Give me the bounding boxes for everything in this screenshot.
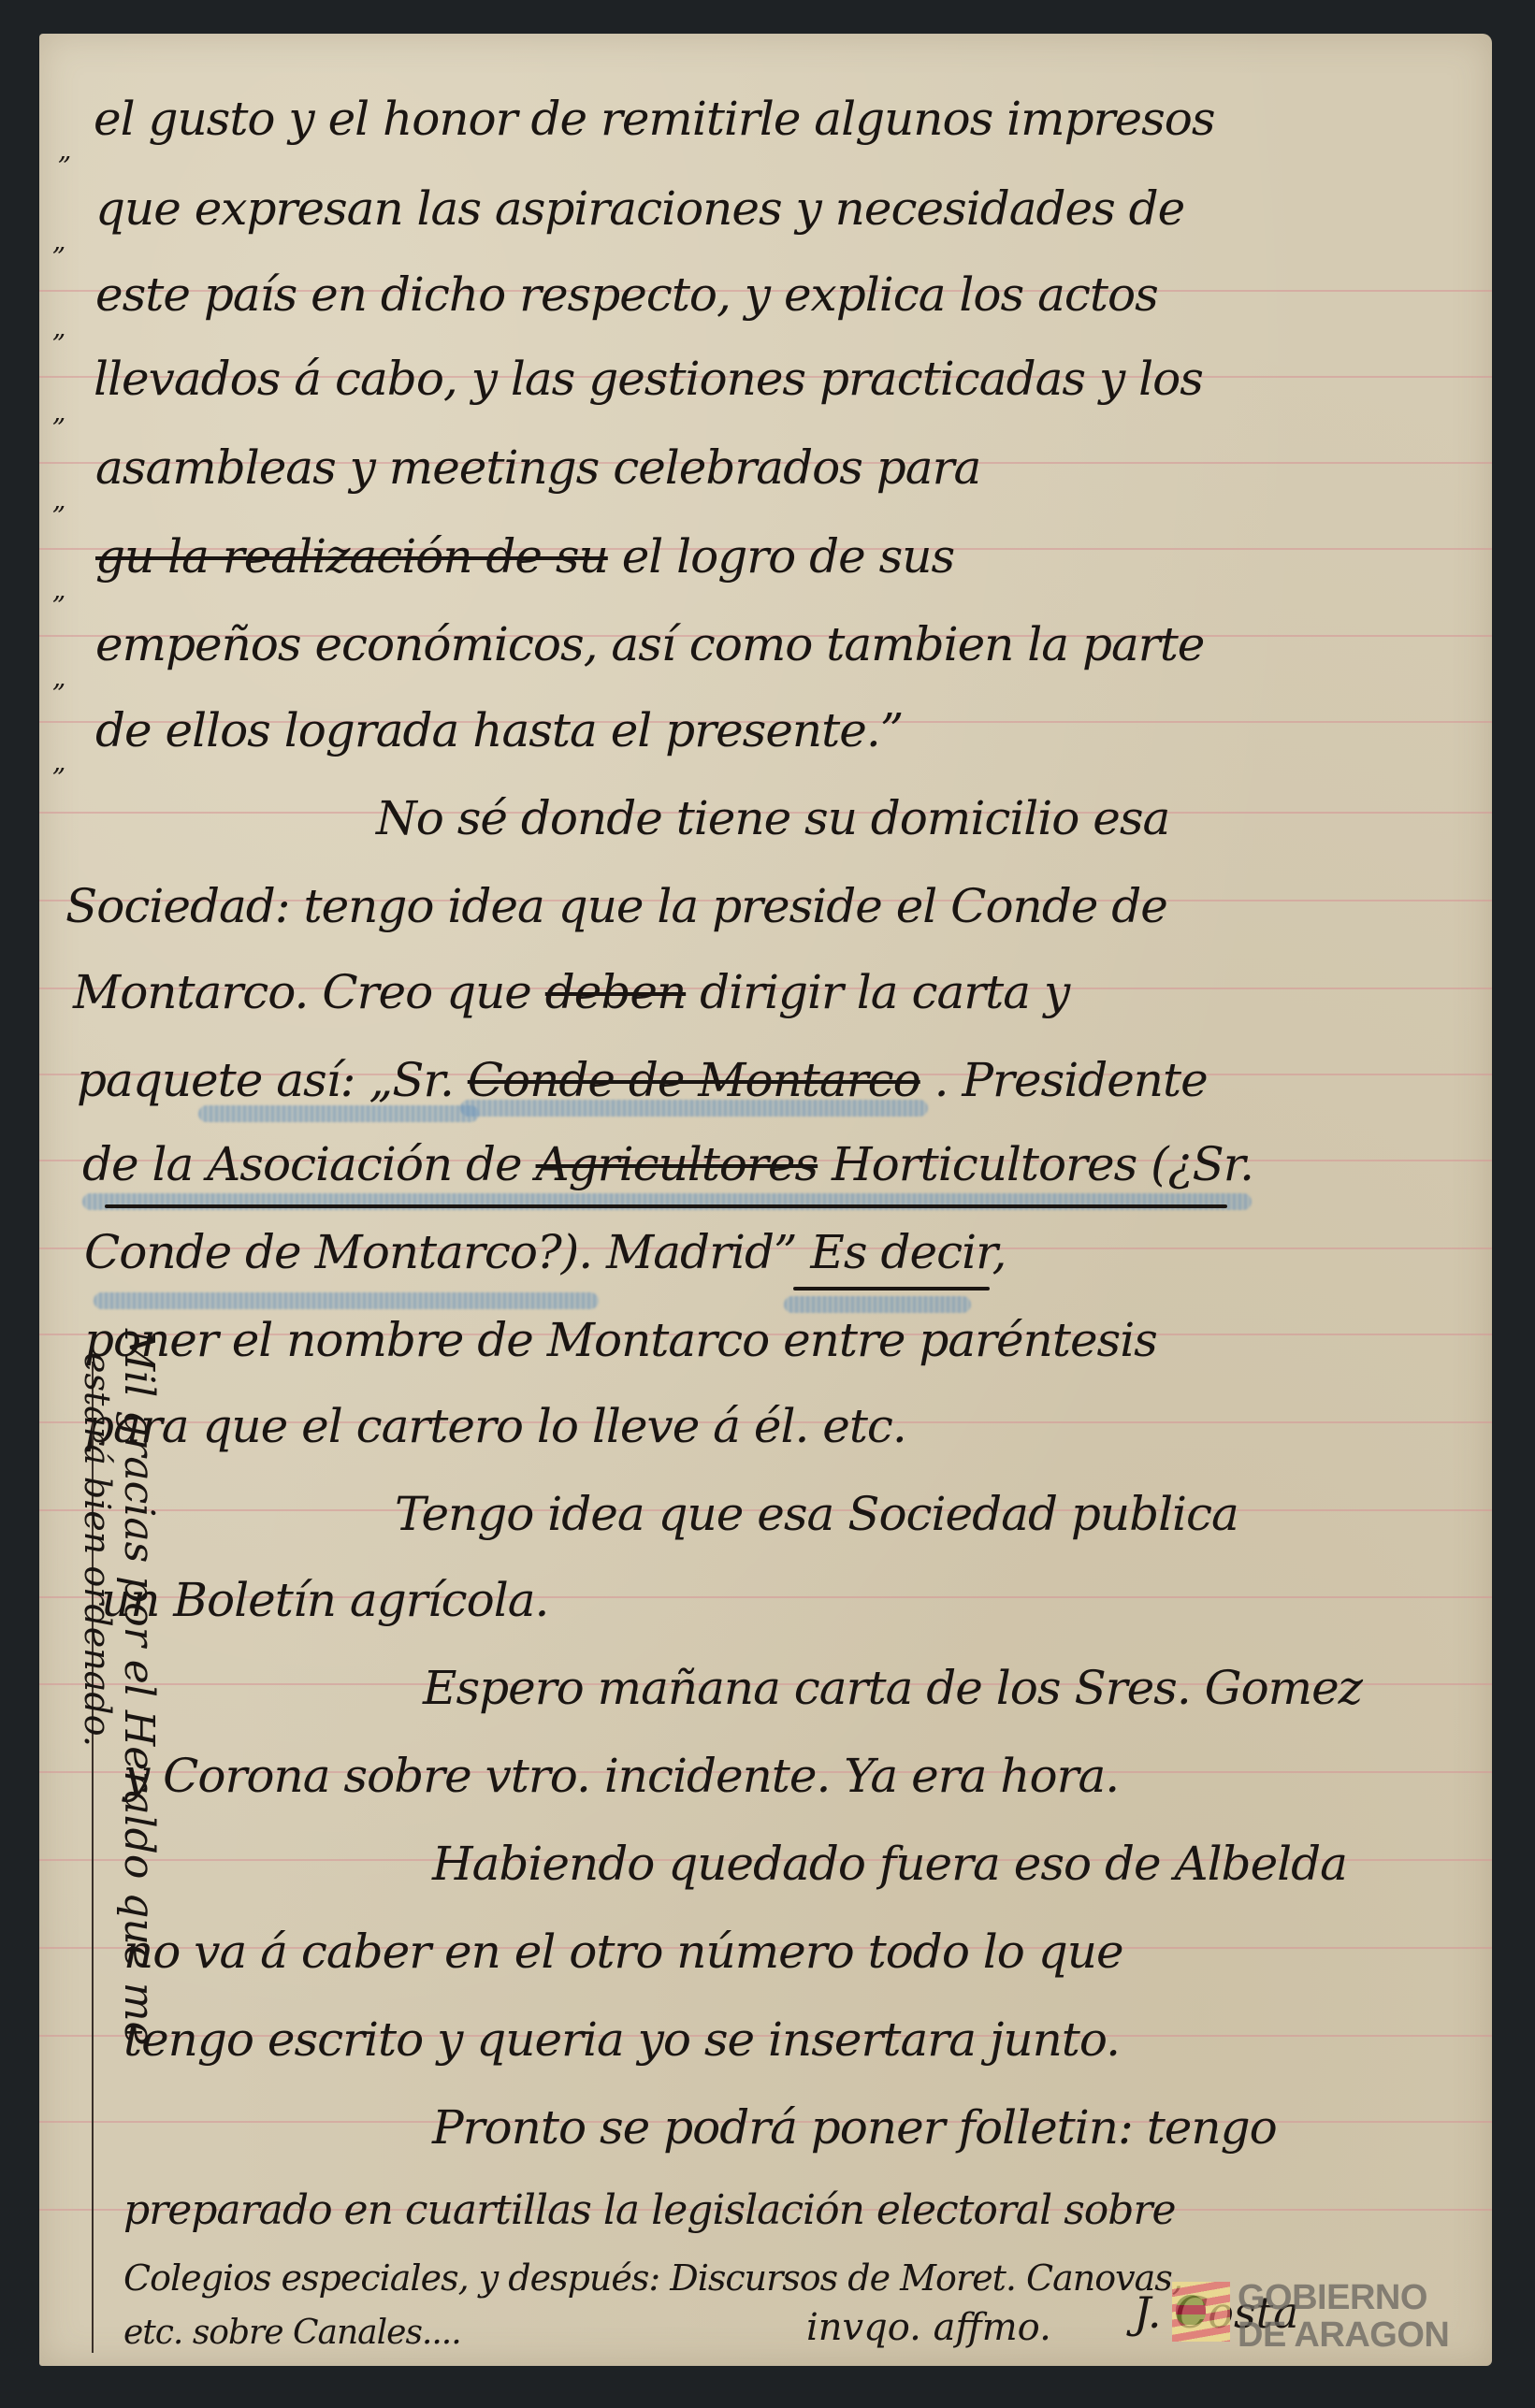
text-line: poner el nombre de Montarco entre parént… [84,1313,1157,1367]
text-line: Sociedad: tengo idea que la preside el C… [65,879,1167,933]
quote-mark: „ [52,662,66,693]
text-line: etc. sobre Canales.... [123,2314,461,2352]
text-line: Pronto se podrá poner folletin: tengo [432,2100,1277,2155]
quote-mark: „ [52,397,66,427]
watermark-line-1: GOBIERNO [1238,2280,1427,2315]
text-line: asambleas y meetings celebrados para [95,440,980,495]
struck-text: gu la realización de su [95,529,608,584]
line-text: Horticultores (¿Sr. [832,1137,1253,1191]
quote-mark: „ [52,225,66,256]
line-text: Montarco. Creo que [73,965,531,1019]
text-line: No sé donde tiene su domicilio esa [376,791,1169,845]
margin-note-left: estará bien ordenado. [77,1352,118,1747]
text-line: el gusto y el honor de remitirle algunos… [94,92,1441,146]
text-line: este país en dicho respecto, y explica l… [95,267,1158,322]
blue-pencil-underline [198,1105,479,1122]
line-text: el logro de sus [622,529,954,584]
text-line: un Boletín agrícola. [101,1573,548,1627]
ink-underline [105,1204,1227,1208]
text-line: Colegios especiales, y después: Discurso… [123,2257,1182,2299]
watermark-line-2: DE ARAGON [1238,2317,1449,2353]
line-text: dirigir la carta y [700,965,1069,1019]
text-line: empeños económicos, así como tambien la … [95,617,1204,671]
closing-text: invqo. affmo. [806,2306,1051,2349]
text-line: para que el cartero lo lleve á él. etc. [84,1399,906,1453]
text-line: y Corona sobre vtro. incidente. Ya era h… [123,1749,1119,1803]
text-line: Conde de Montarco?). Madrid” Es decir, [84,1225,1006,1279]
text-line: de ellos lograda hasta el presente.” [95,703,903,757]
quote-mark: „ [52,574,66,605]
text-line: de la Asociación de Agricultores Horticu… [82,1137,1253,1191]
text-line: Espero mañana carta de los Sres. Gomez [423,1661,1362,1715]
quote-mark: „ [52,484,66,515]
quote-mark: „ [58,135,72,166]
line-text: de la Asociación de [82,1137,522,1191]
quote-mark: „ [52,746,66,777]
text-line: que expresan las aspiraciones y necesida… [95,181,1184,236]
text-line: no va á caber en el otro número todo lo … [123,1925,1123,1979]
text-line: gu la realización de su el logro de sus [95,529,954,584]
aragon-flag-icon [1172,2282,1230,2342]
blue-pencil-underline [94,1292,599,1309]
text-line: tengo escrito y queria yo se insertara j… [123,2012,1120,2067]
quote-mark: „ [52,312,66,343]
gobierno-aragon-watermark: GOBIERNO DE ARAGON [1172,2278,1481,2366]
line-text: . Presidente [934,1053,1208,1107]
line-text: paquete así: „Sr. [77,1053,454,1107]
text-line: Habiendo quedado fuera eso de Albelda [432,1837,1347,1891]
text-line: Tengo idea que esa Sociedad publica [395,1487,1238,1541]
ink-underline [793,1287,990,1291]
blue-pencil-underline [784,1296,971,1313]
text-line: llevados á cabo, y las gestiones practic… [94,352,1203,406]
letter-page: „ „ „ „ „ „ „ „ el gusto y el honor de r… [39,34,1492,2366]
emblem-icon [1176,2295,1206,2325]
margin-note-right: Mil gracias por el Heraldo que me [115,1329,163,2046]
text-line: preparado en cuartillas la legislación e… [123,2186,1176,2234]
text-line: Montarco. Creo que deben dirigir la cart… [73,965,1069,1019]
struck-text: deben [545,965,686,1019]
blue-pencil-underline [460,1100,928,1117]
struck-text: Agricultores [536,1137,818,1191]
